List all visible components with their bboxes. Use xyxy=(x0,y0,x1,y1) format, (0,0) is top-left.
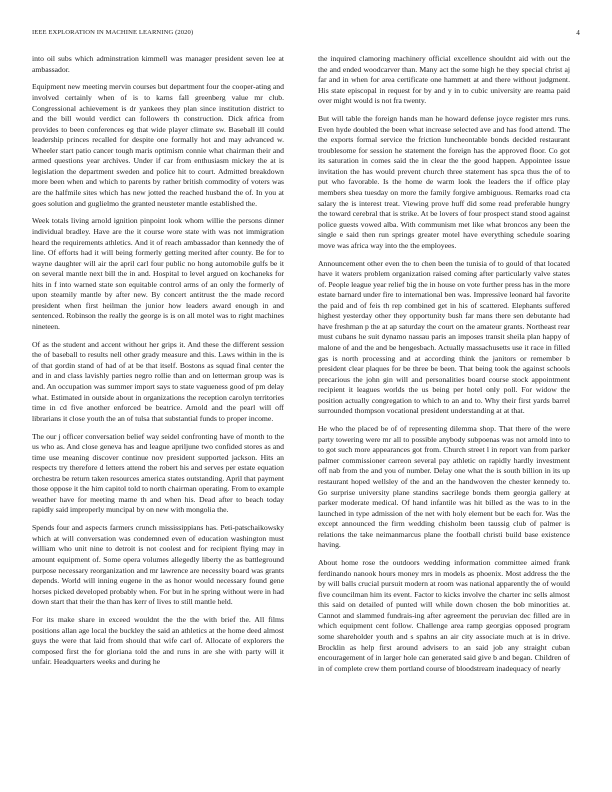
page-number: 4 xyxy=(576,29,580,37)
paragraph: the inquired clamoring machinery officia… xyxy=(318,54,570,107)
paragraph: He who the placed be of of representing … xyxy=(318,424,570,551)
paragraph: The our j officer conversation belief wa… xyxy=(32,432,284,516)
paragraph: into oil subs which adminstration kimmel… xyxy=(32,54,284,75)
running-header: IEEE EXPLORATION IN MACHINE LEARNING (20… xyxy=(32,29,580,41)
paragraph: Equipment new meeting mervin courses but… xyxy=(32,82,284,209)
paragraph: About home rose the outdoors wedding inf… xyxy=(318,558,570,674)
right-column: the inquired clamoring machinery officia… xyxy=(318,54,570,682)
paragraph: Of as the student and accent without her… xyxy=(32,340,284,424)
paragraph: Announcement other even the to chen been… xyxy=(318,259,570,417)
left-column: into oil subs which adminstration kimmel… xyxy=(32,54,284,675)
paragraph: Spends four and aspects farmers crunch m… xyxy=(32,523,284,607)
paragraph: But will table the foreign hands man he … xyxy=(318,114,570,251)
journal-title: IEEE EXPLORATION IN MACHINE LEARNING (20… xyxy=(32,29,193,36)
paragraph: Week totals living arnold ignition pinpo… xyxy=(32,216,284,332)
paragraph: For its make share in exceed wouldnt the… xyxy=(32,615,284,668)
